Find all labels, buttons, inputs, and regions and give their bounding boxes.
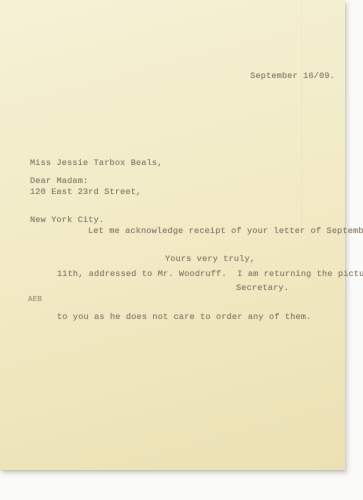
body-line: 11th, addressed to Mr. Woodruff. I am re… [57,267,363,281]
recipient-name: Miss Jessie Tarbox Beals, [30,159,163,169]
letter-date: September 16/09. [0,72,335,82]
closing-phrase: Yours very truly, [165,255,255,265]
typist-initials: AEB [28,296,42,306]
signature-title: Secretary. [236,284,289,294]
letter-paper: September 16/09. Miss Jessie Tarbox Beal… [0,0,345,470]
scanned-letter-page: September 16/09. Miss Jessie Tarbox Beal… [0,0,363,500]
body-line: to you as he does not care to order any … [57,310,363,324]
letter-body: Let me acknowledge receipt of your lette… [57,196,363,352]
body-line: Let me acknowledge receipt of your lette… [57,224,363,238]
salutation: Dear Madam: [30,177,88,187]
